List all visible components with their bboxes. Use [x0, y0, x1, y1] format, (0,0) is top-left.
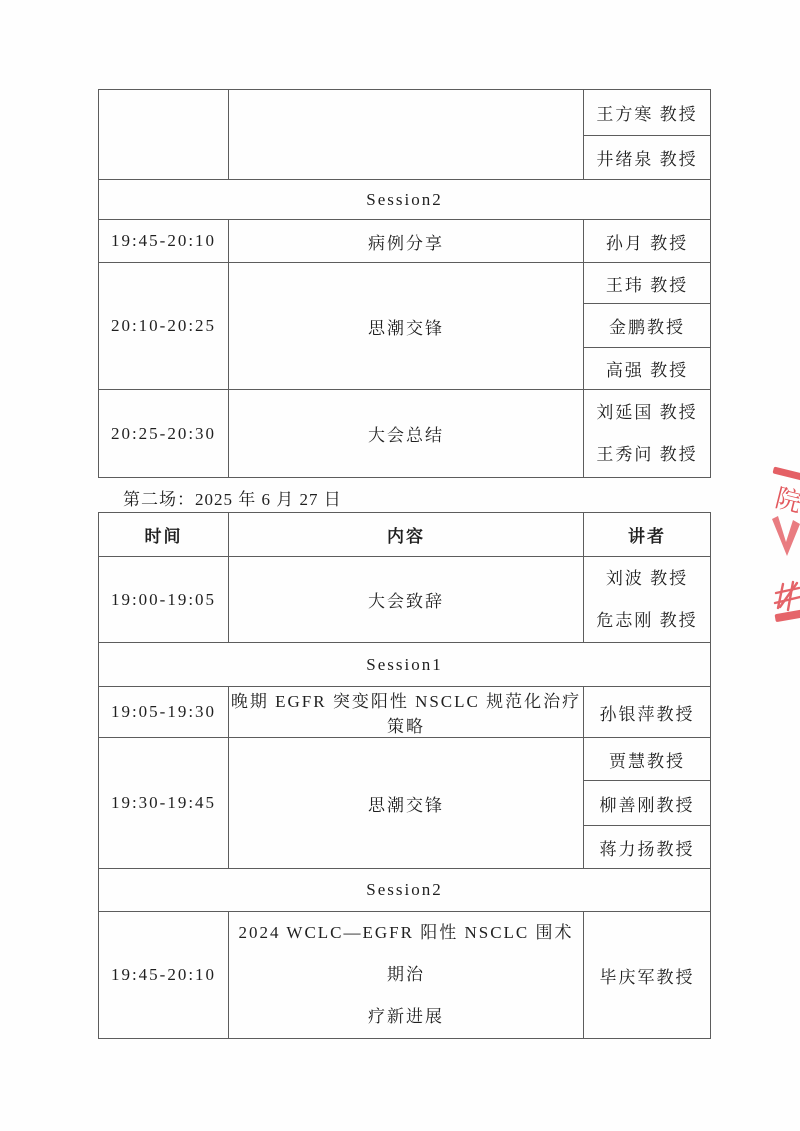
speaker-cell: 高强 教授	[584, 348, 711, 390]
professor-name: 刘波 教授	[584, 558, 710, 600]
speaker-cell: 蒋力扬教授	[584, 826, 711, 869]
speaker-cell: 贾慧教授	[584, 738, 711, 781]
speaker-cell: 刘波 教授 危志刚 教授	[584, 557, 711, 643]
session-header: Session2	[99, 869, 711, 912]
content-cell: 思潮交锋	[229, 738, 584, 869]
header-time: 时间	[99, 513, 229, 557]
header-speaker: 讲者	[584, 513, 711, 557]
speaker-cell: 毕庆军教授	[584, 912, 711, 1039]
time-cell: 19:45-20:10	[99, 912, 229, 1039]
content-cell: 2024 WCLC—EGFR 阳性 NSCLC 围术期治 疗新进展	[229, 912, 584, 1039]
scanned-document-page: 王方寒 教授 井绪泉 教授 Session2 19:45-20:10 病例分享 …	[0, 0, 800, 1131]
session-header: Session2	[99, 180, 711, 220]
content-line: 疗新进展	[229, 996, 583, 1038]
time-cell: 20:10-20:25	[99, 263, 229, 390]
schedule-table-day1: 王方寒 教授 井绪泉 教授 Session2 19:45-20:10 病例分享 …	[98, 89, 711, 478]
session-header: Session1	[99, 643, 711, 687]
time-cell: 19:05-19:30	[99, 687, 229, 738]
speaker-cell: 王方寒 教授	[584, 90, 711, 136]
seal-partial-glyph	[775, 582, 800, 610]
time-cell: 19:00-19:05	[99, 557, 229, 643]
content-cell: 晚期 EGFR 突变阳性 NSCLC 规范化治疗策略	[229, 687, 584, 738]
content-cell: 病例分享	[229, 220, 584, 263]
seal-character: 院	[772, 483, 800, 517]
professor-name: 刘延国 教授	[584, 392, 710, 434]
speaker-cell: 孙银萍教授	[584, 687, 711, 738]
speaker-cell: 金鹏教授	[584, 304, 711, 348]
seal-check-mark	[772, 516, 800, 556]
content-cell: 大会总结	[229, 390, 584, 478]
time-cell: 19:30-19:45	[99, 738, 229, 869]
time-cell-empty	[99, 90, 229, 180]
content-cell-empty	[229, 90, 584, 180]
speaker-cell: 王玮 教授	[584, 263, 711, 304]
speaker-cell: 刘延国 教授 王秀问 教授	[584, 390, 711, 478]
schedule-table-day2: 时间 内容 讲者 19:00-19:05 大会致辞 刘波 教授 危志刚 教授 S…	[98, 512, 711, 1039]
red-seal-stamp: 院	[752, 440, 800, 670]
speaker-cell: 柳善刚教授	[584, 781, 711, 826]
professor-name: 井绪泉 教授	[596, 150, 697, 169]
speaker-cell: 孙月 教授	[584, 220, 711, 263]
content-cell: 大会致辞	[229, 557, 584, 643]
seal-arc-top	[772, 466, 800, 480]
professor-name: 危志刚 教授	[584, 600, 710, 642]
speaker-cell: 井绪泉 教授	[584, 136, 711, 180]
part2-heading: 第二场：2025 年 6 月 27 日	[123, 485, 342, 510]
professor-name: 王秀问 教授	[584, 434, 710, 476]
header-content: 内容	[229, 513, 584, 557]
professor-name: 王方寒 教授	[596, 105, 697, 124]
content-line: 2024 WCLC—EGFR 阳性 NSCLC 围术期治	[229, 912, 583, 996]
seal-arc-bottom	[775, 610, 800, 623]
time-cell: 20:25-20:30	[99, 390, 229, 478]
content-cell: 思潮交锋	[229, 263, 584, 390]
time-cell: 19:45-20:10	[99, 220, 229, 263]
